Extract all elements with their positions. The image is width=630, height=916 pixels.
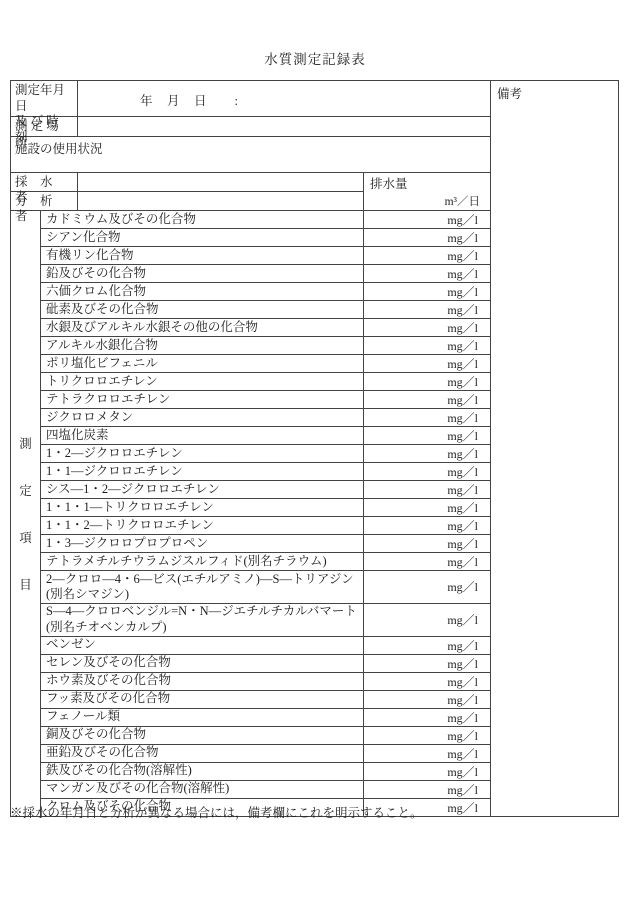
parameter-name: カドミウム及びその化合物 bbox=[41, 211, 363, 228]
parameter-unit-label: mg／l bbox=[447, 319, 478, 336]
facility-usage-label: 施設の使用状況 bbox=[15, 142, 103, 156]
datetime-label-line1: 測定年月日 bbox=[15, 83, 74, 114]
parameter-name: 鉄及びその化合物(溶解性) bbox=[41, 763, 363, 780]
table-row: テトラメチルチウラムジスルフィド(別名チラウム) mg／l bbox=[41, 553, 490, 571]
parameter-unit-label: mg／l bbox=[447, 745, 478, 762]
parameter-unit-label: mg／l bbox=[447, 727, 478, 744]
parameter-unit-label: mg／l bbox=[447, 799, 478, 816]
drainage-volume-input-cell[interactable]: 排水量 m³／日 bbox=[363, 173, 490, 210]
parameter-value-input-cell[interactable]: mg／l bbox=[363, 247, 490, 264]
parameter-name: 1・2―ジクロロエチレン bbox=[41, 445, 363, 462]
datetime-template-text: 年 月 日 : bbox=[140, 94, 239, 108]
table-row: シス―1・2―ジクロロエチレン mg／l bbox=[41, 481, 490, 499]
parameter-value-input-cell[interactable]: mg／l bbox=[363, 337, 490, 354]
parameter-name: ジクロロメタン bbox=[41, 409, 363, 426]
datetime-input-cell[interactable]: 年 月 日 : bbox=[78, 81, 490, 116]
parameter-value-input-cell[interactable]: mg／l bbox=[363, 655, 490, 672]
table-row: ジクロロメタン mg／l bbox=[41, 409, 490, 427]
parameter-name: セレン及びその化合物 bbox=[41, 655, 363, 672]
row-persons: 採 水 者 分 析 者 排水量 m³／日 bbox=[11, 173, 490, 211]
parameter-value-input-cell[interactable]: mg／l bbox=[363, 463, 490, 480]
table-row: 砒素及びその化合物 mg／l bbox=[41, 301, 490, 319]
measurement-items-area: 測 定 項 目 カドミウム及びその化合物 mg／l bbox=[11, 211, 490, 816]
persons-left-block: 採 水 者 分 析 者 bbox=[11, 173, 363, 210]
table-row: 亜鉛及びその化合物 mg／l bbox=[41, 745, 490, 763]
parameter-value-input-cell[interactable]: mg／l bbox=[363, 211, 490, 228]
parameter-name: 砒素及びその化合物 bbox=[41, 301, 363, 318]
parameter-name: 1・1・1―トリクロロエチレン bbox=[41, 499, 363, 516]
table-row: テトラクロロエチレン mg／l bbox=[41, 391, 490, 409]
parameter-name: トリクロロエチレン bbox=[41, 373, 363, 390]
table-row: セレン及びその化合物 mg／l bbox=[41, 655, 490, 673]
parameter-unit-label: mg／l bbox=[447, 655, 478, 672]
measurement-items-vertical-label: 測 定 項 目 bbox=[11, 211, 41, 816]
parameter-unit-label: mg／l bbox=[447, 427, 478, 444]
parameter-unit-label: mg／l bbox=[447, 611, 478, 628]
drainage-volume-label: 排水量 bbox=[364, 174, 490, 192]
parameter-unit-label: mg／l bbox=[447, 283, 478, 300]
parameter-value-input-cell[interactable]: mg／l bbox=[363, 517, 490, 534]
parameter-value-input-cell[interactable]: mg／l bbox=[363, 283, 490, 300]
parameter-value-input-cell[interactable]: mg／l bbox=[363, 355, 490, 372]
parameter-unit-label: mg／l bbox=[447, 637, 478, 654]
parameter-unit-label: mg／l bbox=[447, 337, 478, 354]
parameter-value-input-cell[interactable]: mg／l bbox=[363, 481, 490, 498]
parameter-name: テトラクロロエチレン bbox=[41, 391, 363, 408]
parameter-value-input-cell[interactable]: mg／l bbox=[363, 673, 490, 690]
parameter-unit-label: mg／l bbox=[447, 247, 478, 264]
parameter-unit-label: mg／l bbox=[447, 463, 478, 480]
parameter-unit-label: mg／l bbox=[447, 517, 478, 534]
parameter-name: マンガン及びその化合物(溶解性) bbox=[41, 781, 363, 798]
vertical-label-char-2: 定 bbox=[19, 481, 32, 499]
parameter-value-input-cell[interactable]: mg／l bbox=[363, 781, 490, 798]
table-row: 1・3―ジクロロプロプロペン mg／l bbox=[41, 535, 490, 553]
parameter-unit-label: mg／l bbox=[447, 355, 478, 372]
table-row: S―4―クロロベンジル=N・N―ジエチルチカルバマート (別名チオベンカルプ) … bbox=[41, 604, 490, 637]
parameter-unit-label: mg／l bbox=[447, 673, 478, 690]
record-table: 測定年月日 及 び 時 刻 年 月 日 : 測 定 場 所 施設の使用状況 bbox=[10, 80, 619, 817]
parameter-unit-label: mg／l bbox=[447, 265, 478, 282]
table-row: 鉛及びその化合物 mg／l bbox=[41, 265, 490, 283]
parameter-name: ホウ素及びその化合物 bbox=[41, 673, 363, 690]
parameter-value-input-cell[interactable]: mg／l bbox=[363, 229, 490, 246]
analyst-label: 分 析 者 bbox=[11, 192, 78, 211]
table-row: 1・1・1―トリクロロエチレン mg／l bbox=[41, 499, 490, 517]
parameter-unit-label: mg／l bbox=[447, 373, 478, 390]
parameter-name: 銅及びその化合物 bbox=[41, 727, 363, 744]
parameter-name: 1・1―ジクロロエチレン bbox=[41, 463, 363, 480]
parameter-name: ポリ塩化ビフェニル bbox=[41, 355, 363, 372]
table-row: 1・2―ジクロロエチレン mg／l bbox=[41, 445, 490, 463]
parameter-value-input-cell[interactable]: mg／l bbox=[363, 604, 490, 636]
measurement-items-list: カドミウム及びその化合物 mg／l シアン化合物 mg／l bbox=[41, 211, 490, 816]
table-row: アルキル水銀化合物 mg／l bbox=[41, 337, 490, 355]
sampler-label: 採 水 者 bbox=[11, 173, 78, 191]
parameter-unit-label: mg／l bbox=[447, 499, 478, 516]
analyst-input-cell[interactable] bbox=[78, 192, 363, 211]
parameter-name: フッ素及びその化合物 bbox=[41, 691, 363, 708]
parameter-value-input-cell[interactable]: mg／l bbox=[363, 445, 490, 462]
footnote: ※採水の年月日と分析が異なる場合には，備考欄にこれを明示すること。 bbox=[10, 803, 423, 821]
table-row: 六価クロム化合物 mg／l bbox=[41, 283, 490, 301]
parameter-value-input-cell[interactable]: mg／l bbox=[363, 637, 490, 654]
table-row: フッ素及びその化合物 mg／l bbox=[41, 691, 490, 709]
table-row: ホウ素及びその化合物 mg／l bbox=[41, 673, 490, 691]
row-sampler: 採 水 者 bbox=[11, 173, 363, 192]
parameter-value-input-cell[interactable]: mg／l bbox=[363, 319, 490, 336]
parameter-name: 四塩化炭素 bbox=[41, 427, 363, 444]
parameter-unit-label: mg／l bbox=[447, 445, 478, 462]
parameter-unit-label: mg／l bbox=[447, 211, 478, 228]
row-measurement-place: 測 定 場 所 bbox=[11, 117, 490, 137]
parameter-value-input-cell[interactable]: mg／l bbox=[363, 373, 490, 390]
parameter-unit-label: mg／l bbox=[447, 535, 478, 552]
parameter-name: S―4―クロロベンジル=N・N―ジエチルチカルバマート (別名チオベンカルプ) bbox=[41, 604, 363, 636]
parameter-unit-label: mg／l bbox=[447, 409, 478, 426]
row-facility-usage: 施設の使用状況 bbox=[11, 137, 490, 173]
parameter-unit-label: mg／l bbox=[447, 691, 478, 708]
parameter-value-input-cell[interactable]: mg／l bbox=[363, 691, 490, 708]
parameter-name: 2―クロロ―4・6―ビス(エチルアミノ)―S―トリアジン (別名シマジン) bbox=[41, 571, 363, 603]
row-measurement-datetime: 測定年月日 及 び 時 刻 年 月 日 : bbox=[11, 81, 490, 117]
parameter-name: アルキル水銀化合物 bbox=[41, 337, 363, 354]
table-row: トリクロロエチレン mg／l bbox=[41, 373, 490, 391]
parameter-name: 六価クロム化合物 bbox=[41, 283, 363, 300]
parameter-unit-label: mg／l bbox=[447, 553, 478, 570]
table-row: ポリ塩化ビフェニル mg／l bbox=[41, 355, 490, 373]
table-row: フェノール類 mg／l bbox=[41, 709, 490, 727]
remarks-input-cell[interactable]: 備考 bbox=[490, 81, 618, 816]
remarks-label: 備考 bbox=[497, 87, 522, 101]
parameter-name: ベンゼン bbox=[41, 637, 363, 654]
parameter-value-input-cell[interactable]: mg／l bbox=[363, 745, 490, 762]
vertical-label-char-3: 項 bbox=[19, 528, 32, 546]
parameter-unit-label: mg／l bbox=[447, 481, 478, 498]
table-row: シアン化合物 mg／l bbox=[41, 229, 490, 247]
table-row: 有機リン化合物 mg／l bbox=[41, 247, 490, 265]
table-row: 2―クロロ―4・6―ビス(エチルアミノ)―S―トリアジン (別名シマジン) mg… bbox=[41, 571, 490, 604]
parameter-unit-label: mg／l bbox=[447, 391, 478, 408]
parameter-value-input-cell[interactable]: mg／l bbox=[363, 499, 490, 516]
parameter-value-input-cell[interactable]: mg／l bbox=[363, 553, 490, 570]
parameter-value-input-cell[interactable]: mg／l bbox=[363, 427, 490, 444]
table-row: マンガン及びその化合物(溶解性) mg／l bbox=[41, 781, 490, 799]
table-main-section: 測定年月日 及 び 時 刻 年 月 日 : 測 定 場 所 施設の使用状況 bbox=[11, 81, 490, 816]
parameter-name: テトラメチルチウラムジスルフィド(別名チラウム) bbox=[41, 553, 363, 570]
parameter-unit-label: mg／l bbox=[447, 301, 478, 318]
parameter-name: 1・1・2―トリクロロエチレン bbox=[41, 517, 363, 534]
vertical-label-char-1: 測 bbox=[19, 434, 32, 452]
place-label: 測 定 場 所 bbox=[11, 117, 78, 136]
parameter-value-input-cell[interactable]: mg／l bbox=[363, 301, 490, 318]
table-row: 四塩化炭素 mg／l bbox=[41, 427, 490, 445]
parameter-unit-label: mg／l bbox=[447, 781, 478, 798]
page-title: 水質測定記録表 bbox=[0, 0, 630, 68]
table-row: 水銀及びアルキル水銀その他の化合物 mg／l bbox=[41, 319, 490, 337]
parameter-name: 1・3―ジクロロプロプロペン bbox=[41, 535, 363, 552]
table-row: 1・1・2―トリクロロエチレン mg／l bbox=[41, 517, 490, 535]
parameter-value-input-cell[interactable]: mg／l bbox=[363, 535, 490, 552]
table-row: 1・1―ジクロロエチレン mg／l bbox=[41, 463, 490, 481]
table-row: カドミウム及びその化合物 mg／l bbox=[41, 211, 490, 229]
parameter-name: フェノール類 bbox=[41, 709, 363, 726]
parameter-name: シアン化合物 bbox=[41, 229, 363, 246]
parameter-unit-label: mg／l bbox=[447, 229, 478, 246]
parameter-value-input-cell[interactable]: mg／l bbox=[363, 409, 490, 426]
parameter-value-input-cell[interactable]: mg／l bbox=[363, 265, 490, 282]
table-row: ベンゼン mg／l bbox=[41, 637, 490, 655]
parameter-value-input-cell[interactable]: mg／l bbox=[363, 709, 490, 726]
form-page: 水質測定記録表 測定年月日 及 び 時 刻 年 月 日 : 測 定 場 所 施設… bbox=[0, 0, 630, 916]
table-row: 銅及びその化合物 mg／l bbox=[41, 727, 490, 745]
facility-usage-input-cell[interactable]: 施設の使用状況 bbox=[11, 137, 490, 172]
parameter-name: 水銀及びアルキル水銀その他の化合物 bbox=[41, 319, 363, 336]
datetime-label: 測定年月日 及 び 時 刻 bbox=[11, 81, 78, 116]
parameter-name: 亜鉛及びその化合物 bbox=[41, 745, 363, 762]
parameter-value-input-cell[interactable]: mg／l bbox=[363, 727, 490, 744]
sampler-input-cell[interactable] bbox=[78, 173, 363, 191]
row-analyst: 分 析 者 bbox=[11, 192, 363, 211]
drainage-volume-unit: m³／日 bbox=[364, 193, 490, 209]
parameter-unit-label: mg／l bbox=[447, 763, 478, 780]
parameter-name: 有機リン化合物 bbox=[41, 247, 363, 264]
parameter-name: シス―1・2―ジクロロエチレン bbox=[41, 481, 363, 498]
parameter-name: 鉛及びその化合物 bbox=[41, 265, 363, 282]
parameter-value-input-cell[interactable]: mg／l bbox=[363, 571, 490, 603]
table-row: 鉄及びその化合物(溶解性) mg／l bbox=[41, 763, 490, 781]
parameter-value-input-cell[interactable]: mg／l bbox=[363, 391, 490, 408]
vertical-label-char-4: 目 bbox=[19, 575, 32, 593]
parameter-unit-label: mg／l bbox=[447, 709, 478, 726]
place-input-cell[interactable] bbox=[78, 117, 490, 136]
parameter-value-input-cell[interactable]: mg／l bbox=[363, 763, 490, 780]
parameter-unit-label: mg／l bbox=[447, 578, 478, 595]
